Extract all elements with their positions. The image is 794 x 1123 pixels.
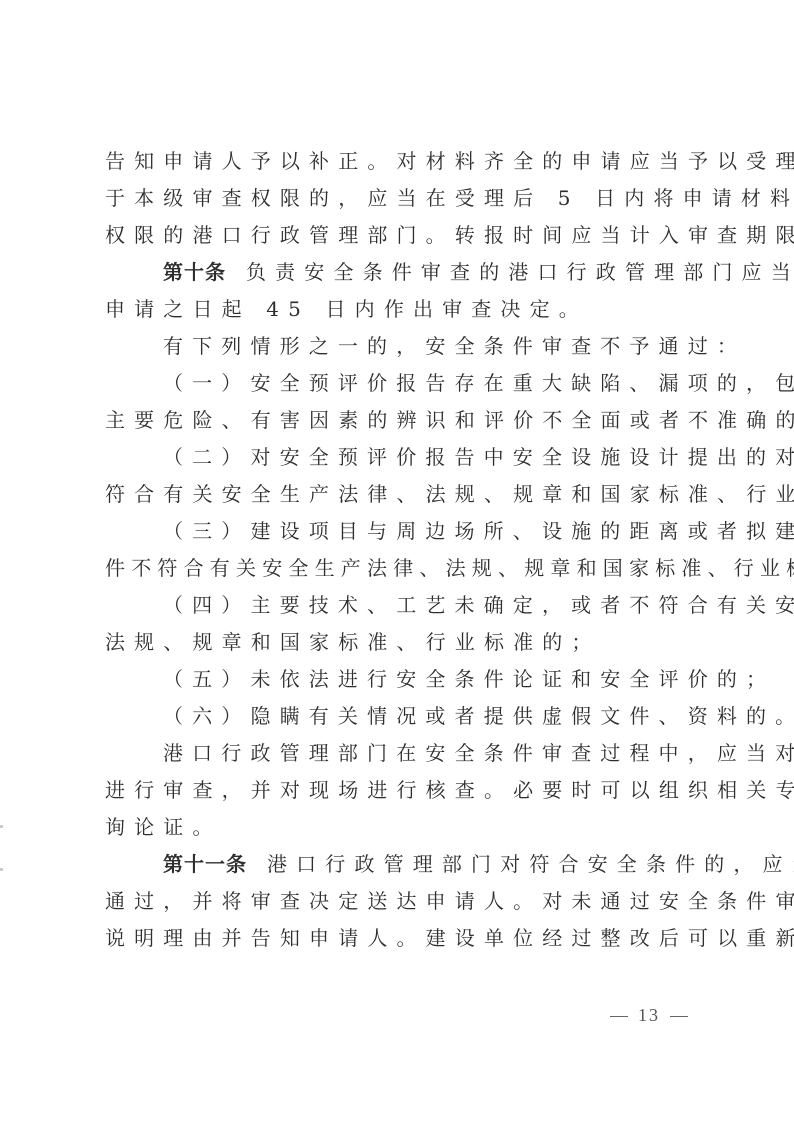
item-4-line-2: 法规、规章和国家标准、行业标准的； bbox=[105, 624, 695, 661]
paragraph-line: 权限的港口行政管理部门。转报时间应当计入审查期限。 bbox=[105, 217, 695, 254]
item-1-line-2: 主要危险、有害因素的辨识和评价不全面或者不准确的； bbox=[105, 402, 695, 439]
item-1-line-1: （一）安全预评价报告存在重大缺陷、漏项的，包括对建设项目 bbox=[105, 365, 695, 402]
article-11-text: 港口行政管理部门对符合安全条件的，应当予以 bbox=[267, 852, 794, 876]
item-3-line-1: （三）建设项目与周边场所、设施的距离或者拟建场址自然条 bbox=[105, 513, 695, 550]
review-line-2: 进行审查，并对现场进行核查。必要时可以组织相关专家进行咨 bbox=[105, 772, 695, 809]
review-line-1: 港口行政管理部门在安全条件审查过程中，应当对申请材料 bbox=[105, 735, 695, 772]
article-10-first-line: 第十条负责安全条件审查的港口行政管理部门应当自受理 bbox=[105, 254, 695, 291]
item-2-line-1: （二）对安全预评价报告中安全设施设计提出的对策与建议不 bbox=[105, 439, 695, 476]
paragraph-line: 告知申请人予以补正。对材料齐全的申请应当予以受理；对不属 bbox=[105, 143, 695, 180]
article-10-text: 负责安全条件审查的港口行政管理部门应当自受理 bbox=[246, 260, 794, 284]
item-6-line-1: （六）隐瞒有关情况或者提供虚假文件、资料的。 bbox=[105, 698, 695, 735]
article-11-line-2: 通过，并将审查决定送达申请人。对未通过安全条件审查的，应当 bbox=[105, 883, 695, 920]
article-11-line-3: 说明理由并告知申请人。建设单位经过整改后可以重新申请安全 bbox=[105, 920, 695, 957]
page-number-value: 13 bbox=[638, 1005, 660, 1025]
margin-mark bbox=[0, 825, 3, 828]
article-11-first-line: 第十一条港口行政管理部门对符合安全条件的，应当予以 bbox=[105, 846, 695, 883]
paragraph-line: 于本级审查权限的，应当在受理后 5 日内将申请材料转报有审查 bbox=[105, 180, 695, 217]
item-5-line-1: （五）未依法进行安全条件论证和安全评价的； bbox=[105, 661, 695, 698]
review-line-3: 询论证。 bbox=[105, 809, 695, 846]
item-3-line-2: 件不符合有关安全生产法律、法规、规章和国家标准、行业标准的； bbox=[105, 550, 695, 587]
paragraph-line: 申请之日起 45 日内作出审查决定。 bbox=[105, 291, 695, 328]
item-4-line-1: （四）主要技术、工艺未确定，或者不符合有关安全生产法律、 bbox=[105, 587, 695, 624]
article-11-heading: 第十一条 bbox=[163, 852, 247, 876]
item-2-line-2: 符合有关安全生产法律、法规、规章和国家标准、行业标准的； bbox=[105, 476, 695, 513]
page-number: 13 bbox=[600, 1005, 698, 1026]
dash-right bbox=[670, 1016, 688, 1017]
margin-mark bbox=[0, 868, 3, 871]
document-page: 告知申请人予以补正。对材料齐全的申请应当予以受理；对不属 于本级审查权限的，应当… bbox=[105, 143, 695, 957]
article-10-heading: 第十条 bbox=[163, 260, 226, 284]
article-10-intro: 有下列情形之一的，安全条件审查不予通过： bbox=[105, 328, 695, 365]
dash-left bbox=[610, 1016, 628, 1017]
